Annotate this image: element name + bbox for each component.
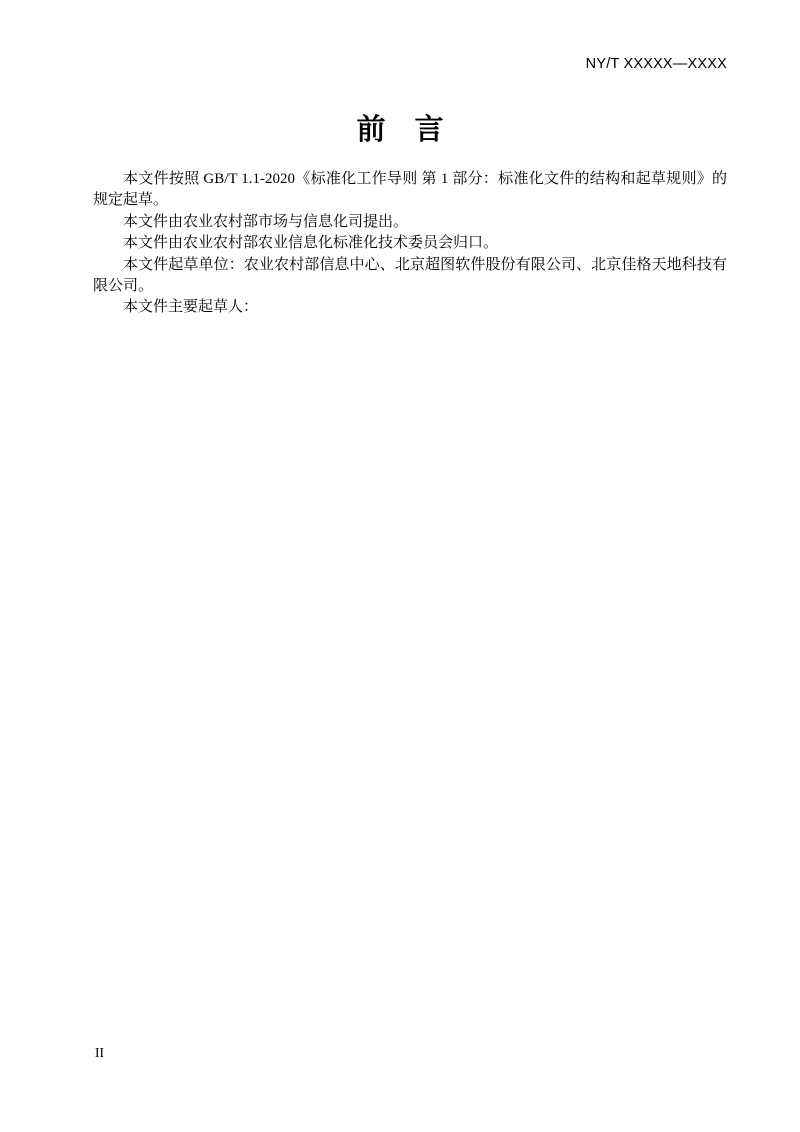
foreword-body: 本文件按照 GB/T 1.1-2020《标准化工作导则 第 1 部分：标准化文件… <box>93 169 727 319</box>
paragraph-drafting-rules: 本文件按照 GB/T 1.1-2020《标准化工作导则 第 1 部分：标准化文件… <box>93 169 727 212</box>
foreword-title: 前 言 <box>0 111 800 149</box>
paragraph-main-drafters: 本文件主要起草人： <box>93 297 727 318</box>
document-code: NY/T XXXXX—XXXX <box>586 56 727 72</box>
page-number: II <box>95 1045 104 1061</box>
paragraph-proposed-by: 本文件由农业农村部市场与信息化司提出。 <box>93 212 727 233</box>
paragraph-centralized-by: 本文件由农业农村部农业信息化标准化技术委员会归口。 <box>93 233 727 254</box>
document-page: NY/T XXXXX—XXXX 前 言 本文件按照 GB/T 1.1-2020《… <box>0 0 800 1132</box>
paragraph-drafting-organizations: 本文件起草单位：农业农村部信息中心、北京超图软件股份有限公司、北京佳格天地科技有… <box>93 255 727 298</box>
